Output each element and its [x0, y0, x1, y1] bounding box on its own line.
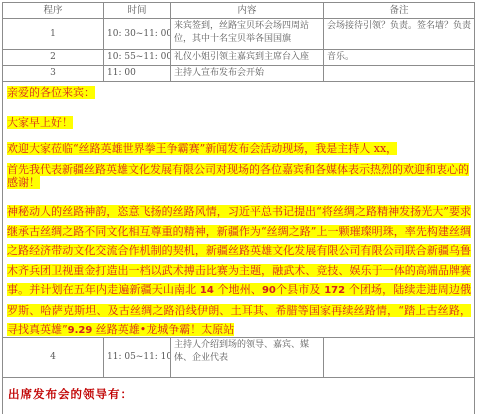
highlighted-text: 神秘动人的丝路神韵，恣意飞扬的丝路风情，习近平总书记提出“将丝绸之路精神发扬光大…	[7, 205, 471, 336]
header-cell-content: 内容	[171, 3, 324, 18]
cell-content: 礼仪小姐引领主嘉宾到主席台入座	[171, 50, 324, 65]
header-cell-note: 备注	[324, 3, 474, 18]
cell-note: 音乐。	[324, 50, 474, 65]
header-cell-time: 时间	[104, 3, 171, 18]
cell-program: 3	[3, 66, 104, 81]
cell-note	[324, 66, 474, 81]
cell-time: 10: 55~11: 00	[104, 50, 171, 65]
document-body: 程序 时间 内容 备注 1 10: 30~11: 00 来宾签到，丝路宝贝环会场…	[2, 2, 475, 414]
table-row: 1 10: 30~11: 00 来宾签到，丝路宝贝环会场四周站位，其中十名宝贝举…	[3, 19, 474, 50]
cell-content: 主持人介绍到场的领导、嘉宾、媒体、企业代表	[171, 338, 324, 377]
speech-greeting: 亲爱的各位来宾：	[7, 86, 471, 99]
cell-time: 11: 00	[104, 66, 171, 81]
highlighted-text: 亲爱的各位来宾：	[7, 86, 95, 99]
table-row: 3 11: 00 主持人宣布发布会开始	[3, 66, 474, 82]
cell-program: 2	[3, 50, 104, 65]
speech-thanks: 首先我代表新疆丝路英雄文化发展有限公司对现场的各位嘉宾和各媒体表示热烈的欢迎和衷…	[7, 163, 471, 189]
cell-program: 4	[3, 338, 104, 377]
speech-welcome: 欢迎大家莅临“丝路英雄世界拳王争霸赛”新闻发布会活动现场，我是主持人 xx，	[7, 142, 471, 155]
table-header-row: 程序 时间 内容 备注	[3, 3, 474, 19]
highlighted-text: 大家早上好！	[7, 116, 73, 129]
table-row: 2 10: 55~11: 00 礼仪小姐引领主嘉宾到主席台入座 音乐。	[3, 50, 474, 66]
document-page: 程序 时间 内容 备注 1 10: 30~11: 00 来宾签到，丝路宝贝环会场…	[0, 0, 479, 414]
cell-program: 1	[3, 19, 104, 49]
highlighted-text: 欢迎大家莅临“丝路英雄世界拳王争霸赛”新闻发布会活动现场，我是主持人 xx，	[7, 142, 397, 155]
cell-time: 11: 05~11: 10	[104, 338, 171, 377]
cell-time: 10: 30~11: 00	[104, 19, 171, 49]
attendees-heading: 出席发布会的领导有：	[3, 378, 474, 402]
cell-content: 主持人宣布发布会开始	[171, 66, 324, 81]
cell-note: 会场接待引领？负责。签名墙？负责	[324, 19, 474, 49]
table-row: 4 11: 05~11: 10 主持人介绍到场的领导、嘉宾、媒体、企业代表	[3, 338, 474, 378]
speech-main-paragraph: 神秘动人的丝路神韵，恣意飞扬的丝路风情，习近平总书记提出“将丝绸之路精神发扬光大…	[7, 202, 471, 338]
cell-content: 来宾签到，丝路宝贝环会场四周站位，其中十名宝贝举各国国旗	[171, 19, 324, 49]
speech-section: 亲爱的各位来宾： 大家早上好！ 欢迎大家莅临“丝路英雄世界拳王争霸赛”新闻发布会…	[3, 82, 474, 338]
cell-note	[324, 338, 474, 377]
header-cell-program: 程序	[3, 3, 104, 18]
speech-good-morning: 大家早上好！	[7, 116, 471, 129]
highlighted-text: 首先我代表新疆丝路英雄文化发展有限公司对现场的各位嘉宾和各媒体表示热烈的欢迎和衷…	[7, 163, 469, 189]
